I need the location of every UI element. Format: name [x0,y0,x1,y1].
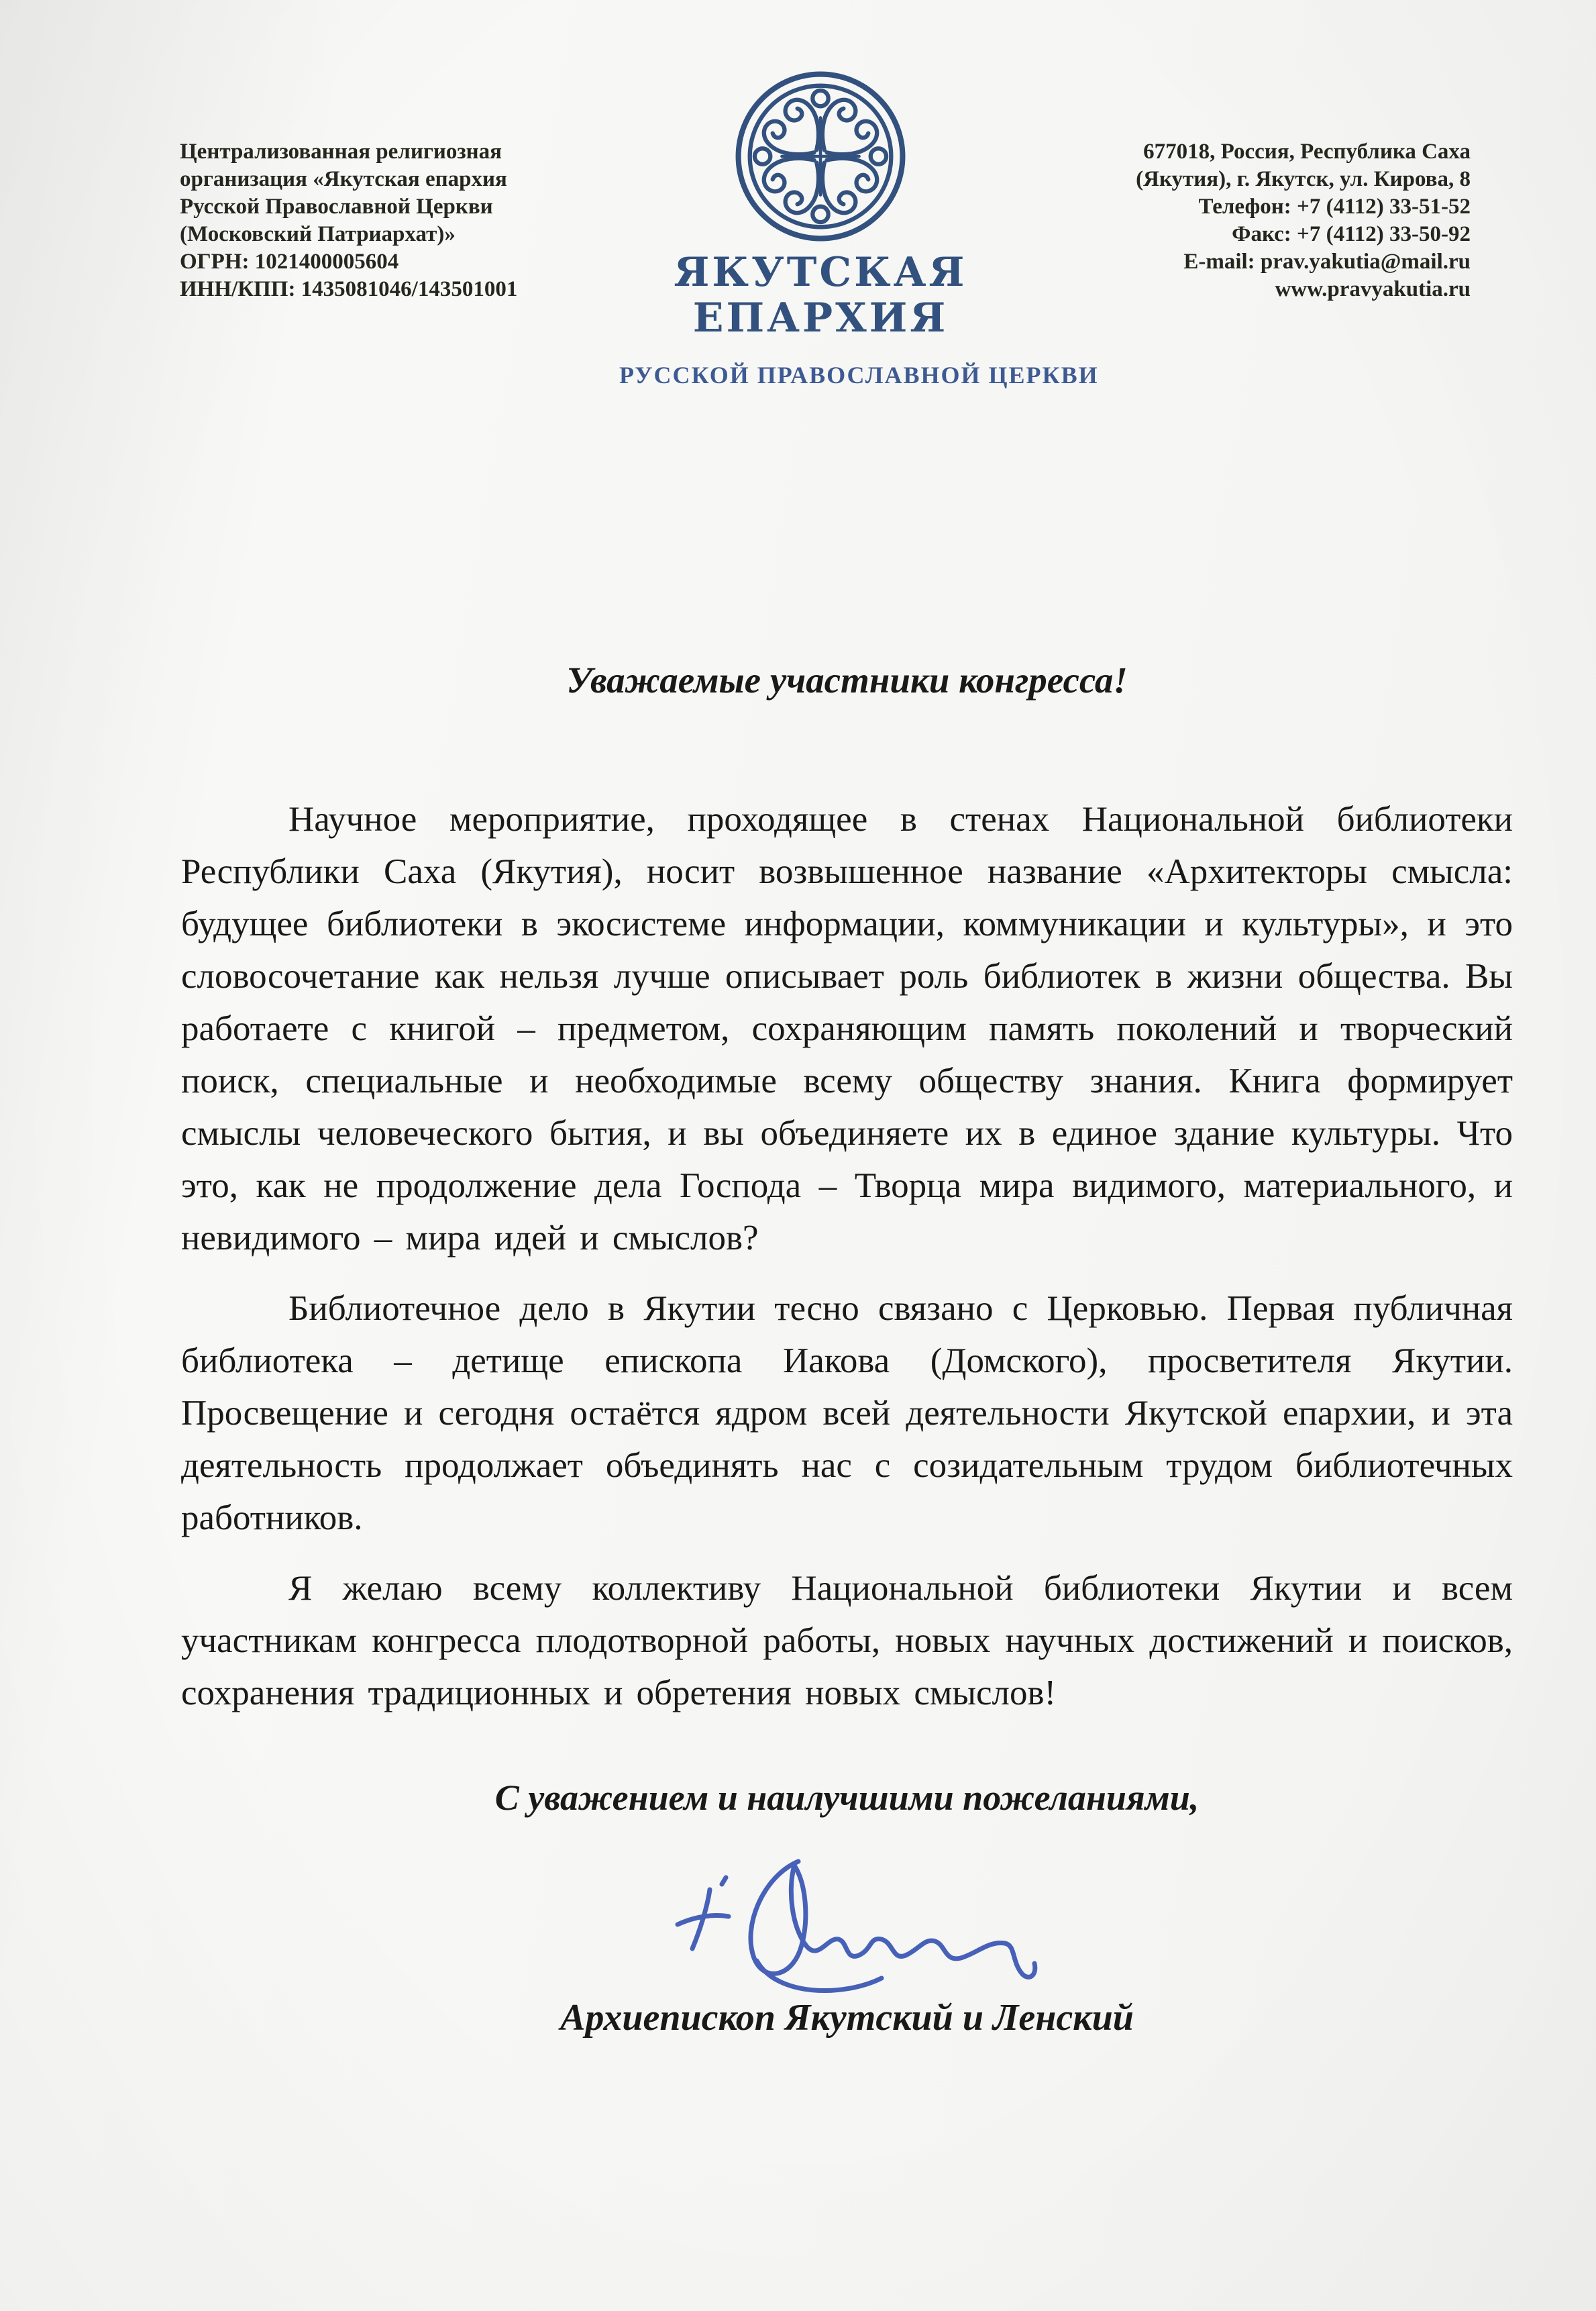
org-ogrn-line: ОГРН: 1021400005604 [180,248,609,276]
contact-email-line: E-mail: prav.yakutia@mail.ru [1028,248,1471,276]
diocese-logo-block: ЯКУТСКАЯ ЕПАРХИЯ РУССКОЙ ПРАВОСЛАВНОЙ ЦЕ… [619,250,1022,389]
diocese-title-line1: ЯКУТСКАЯ [619,250,1022,295]
contact-address-line: (Якутия), г. Якутск, ул. Кирова, 8 [1028,166,1471,193]
org-line: Централизованная религиозная [180,138,609,166]
diocese-title-line2: ЕПАРХИЯ [619,295,1022,341]
letter-paragraph: Научное мероприятие, проходящее в стенах… [181,793,1513,1264]
org-line: Русской Православной Церкви [180,193,609,221]
org-requisites-block: Централизованная религиозная организация… [180,138,609,303]
org-line: организация «Якутская епархия [180,166,609,193]
salutation-heading: Уважаемые участники конгресса! [181,659,1513,701]
orthodox-ornamental-cross-seal-icon [730,66,911,247]
scanned-letter-page: Централизованная религиозная организация… [0,0,1596,2311]
org-line: (Московский Патриархат)» [180,221,609,248]
letter-paragraph: Библиотечное дело в Якутии тесно связано… [181,1282,1513,1544]
closing-line: С уважением и наилучшими пожеланиями, [181,1777,1513,1818]
letter-body: Научное мероприятие, проходящее в стенах… [181,793,1513,1737]
signoff-title: Архиепископ Якутский и Ленский [181,1996,1513,2039]
diocese-subtitle: РУССКОЙ ПРАВОСЛАВНОЙ ЦЕРКВИ [619,361,1022,389]
contact-website-line: www.pravyakutia.ru [1028,276,1471,303]
contact-phone-line: Телефон: +7 (4112) 33-51-52 [1028,193,1471,221]
diocese-title: ЯКУТСКАЯ ЕПАРХИЯ [619,250,1022,341]
contact-fax-line: Факс: +7 (4112) 33-50-92 [1028,221,1471,248]
contact-address-line: 677018, Россия, Республика Саха [1028,138,1471,166]
letter-paragraph: Я желаю всему коллективу Национальной би… [181,1562,1513,1719]
contact-block: 677018, Россия, Республика Саха (Якутия)… [1028,138,1471,303]
org-inn-kpp-line: ИНН/КПП: 1435081046/143501001 [180,276,609,303]
